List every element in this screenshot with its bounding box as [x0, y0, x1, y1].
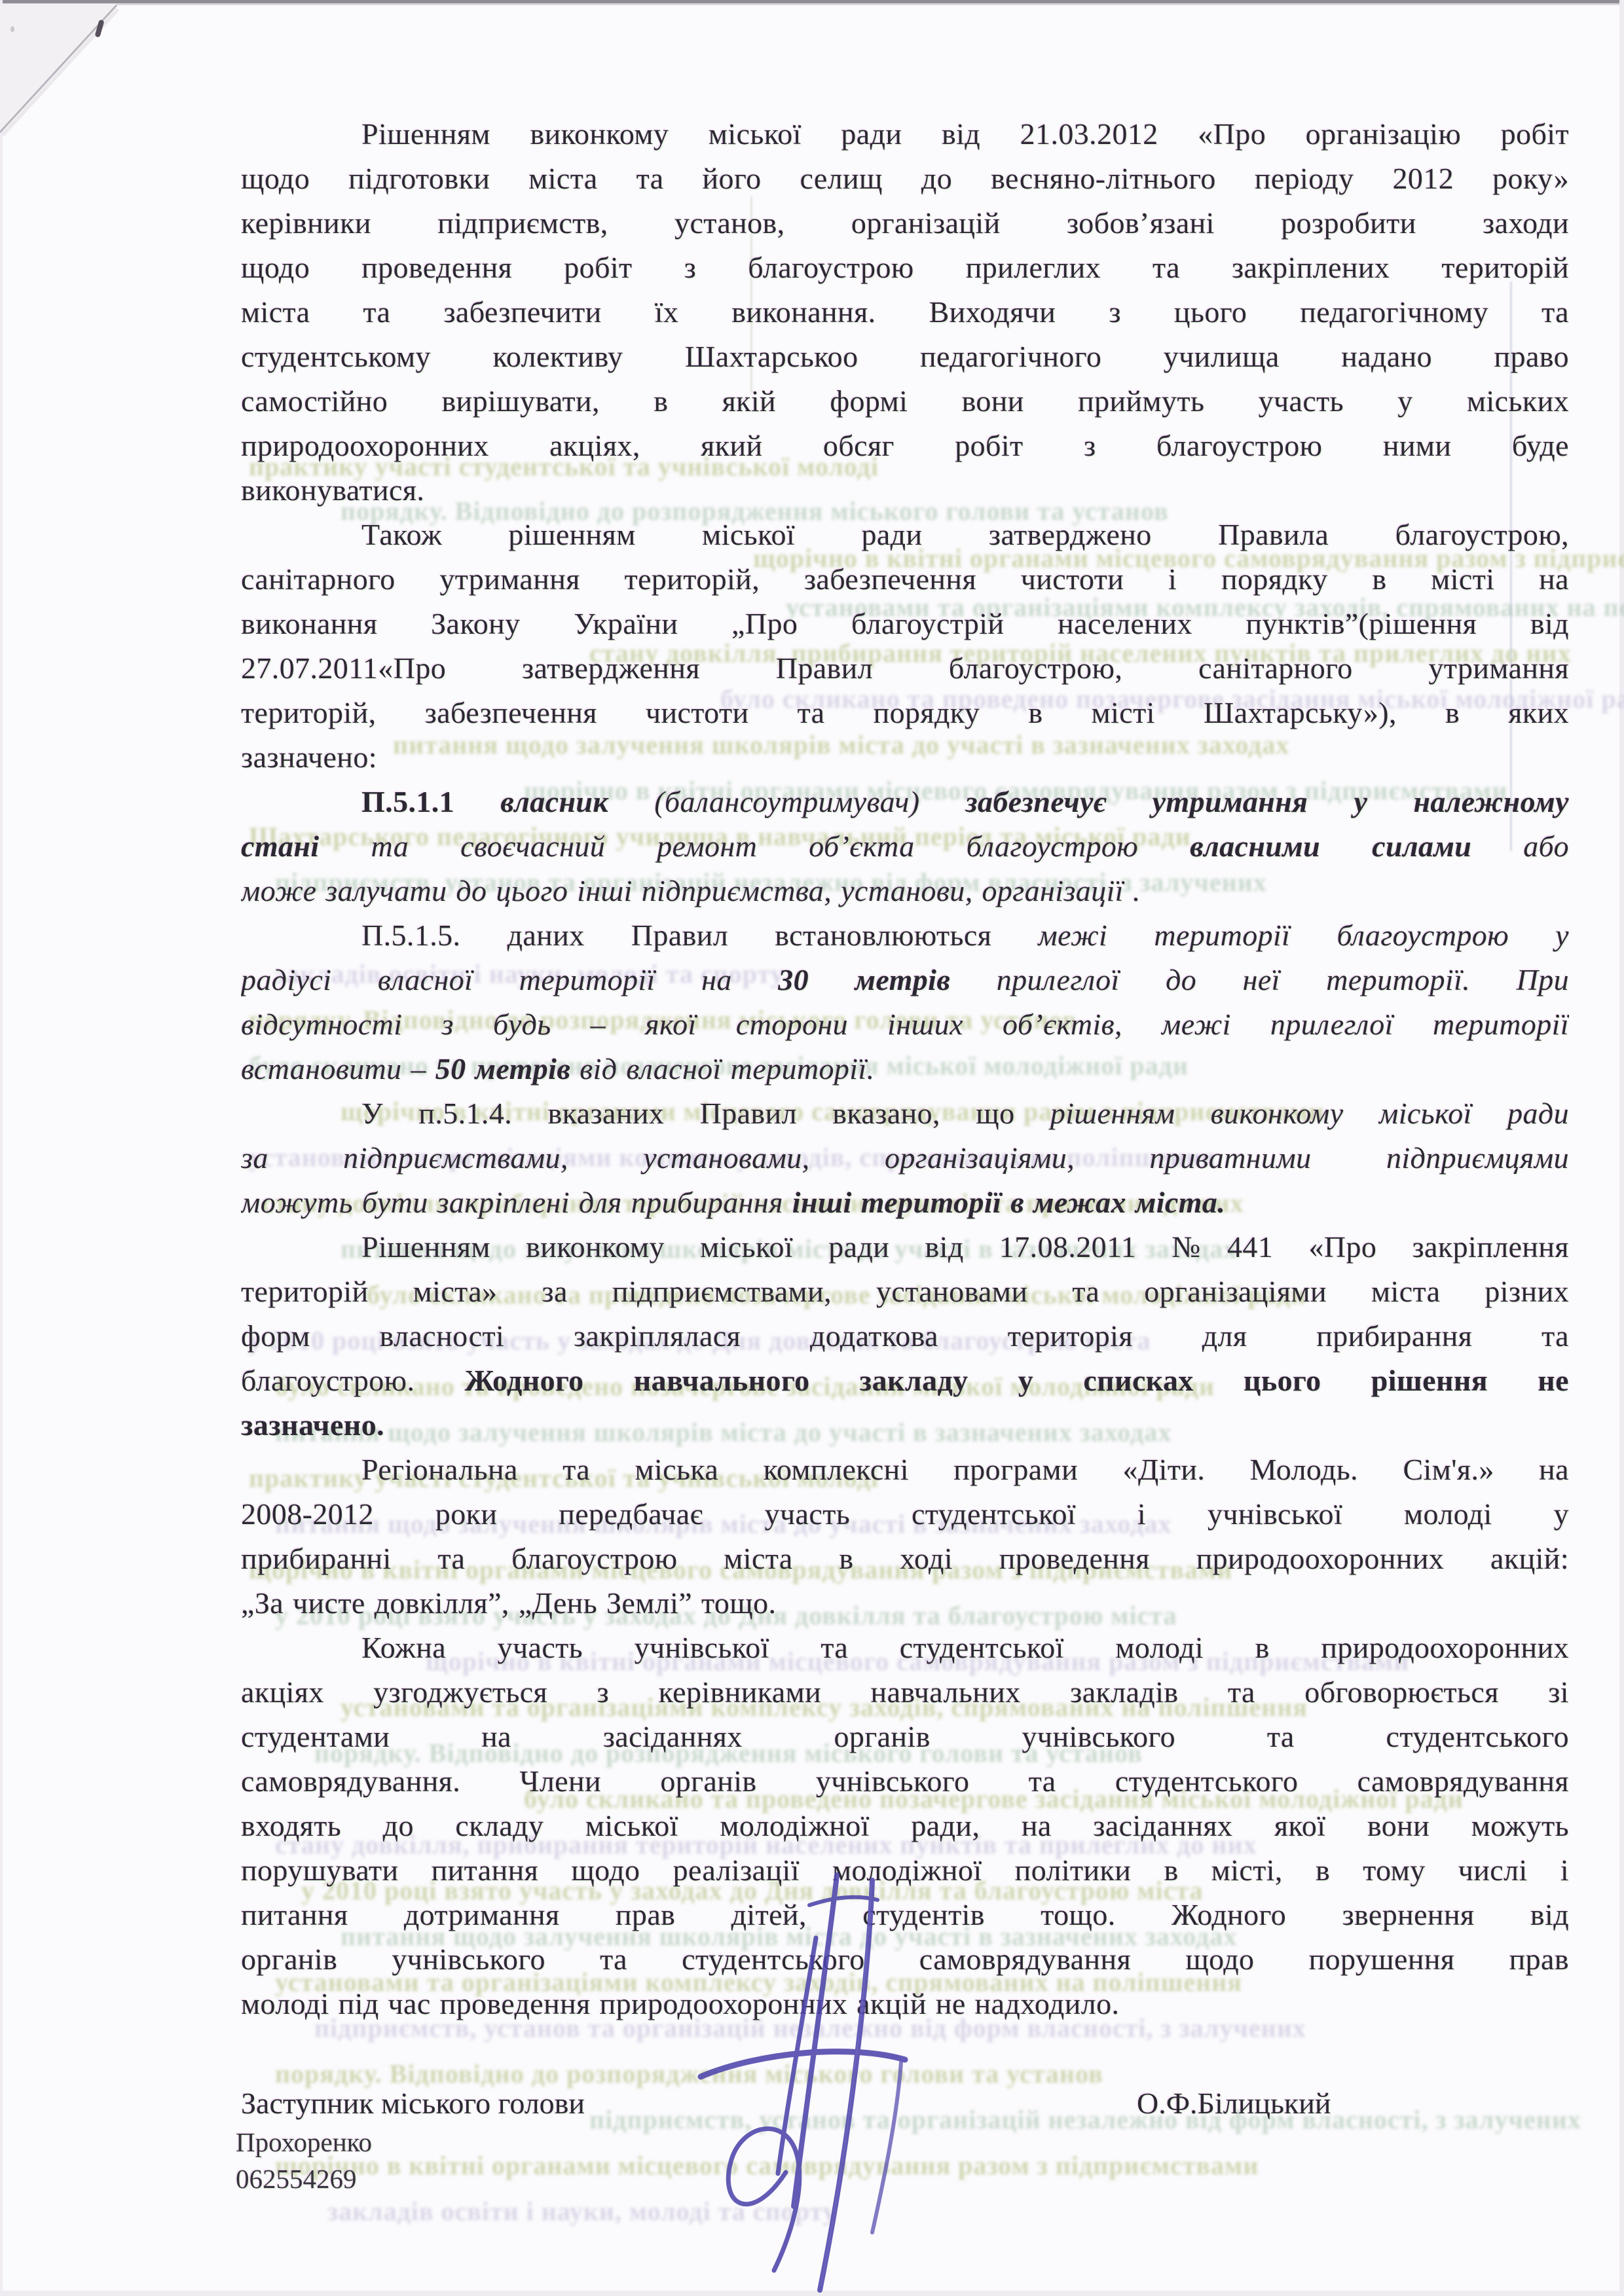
text-line: територій міста» за підприємствами, уста…	[241, 1270, 1569, 1315]
text-run: керівники підприємств, установ, організа…	[241, 206, 1569, 240]
text-line: виконання Закону України „Про благоустрі…	[241, 602, 1569, 647]
text-run: П.5.1.1	[361, 785, 500, 818]
text-line: зазначено.	[241, 1404, 1569, 1448]
text-run: природоохоронних акціях, який обсяг робі…	[241, 429, 1569, 462]
text-run: студентському колективу Шахтарськоо педа…	[241, 340, 1569, 373]
text-run: та своєчасний ремонт об’єкта благоустрою	[371, 829, 1190, 863]
text-run: благоустрою.	[241, 1364, 465, 1397]
text-line: „За чисте довкілля”, „День Землі” тощо.	[241, 1582, 1569, 1626]
text-line: санітарного утримання територій, забезпе…	[241, 558, 1569, 602]
text-run: Жодного навчального закладу у списках ць…	[465, 1364, 1569, 1397]
text-run: від власної території.	[580, 1052, 874, 1085]
text-line: відсутності з будь – якої сторони інших …	[241, 1003, 1569, 1048]
text-line: виконуватися.	[241, 469, 1569, 513]
text-line: форм власності закріплялася додаткова те…	[241, 1315, 1569, 1359]
text-run: (балансоутримувач)	[654, 785, 965, 818]
contact-phone: 062554269	[236, 2163, 357, 2195]
text-line: Кожна участь учнівської та студентської …	[241, 1626, 1569, 1671]
text-line: радіусі власної території на 30 метрів п…	[241, 958, 1569, 1003]
text-run: „За чисте довкілля”, „День Землі” тощо.	[241, 1586, 776, 1620]
text-run: забезпечує утримання у належному	[966, 785, 1569, 818]
text-run: рішенням виконкому міської ради	[1050, 1097, 1569, 1130]
text-run: Рішенням виконкому міської ради від 17.0…	[361, 1230, 1569, 1264]
text-line: може залучати до цього інші підприємства…	[241, 869, 1569, 914]
text-run: власник	[500, 785, 654, 818]
text-run: міста та забезпечити їх виконання. Виход…	[241, 295, 1569, 329]
text-line: Рішенням виконкому міської ради від 17.0…	[241, 1226, 1569, 1270]
text-line: П.5.1.1 власник (балансоутримувач) забез…	[241, 780, 1569, 825]
text-run: за підприємствами, установами, організац…	[241, 1141, 1569, 1175]
text-line: самоврядування. Члени органів учнівськог…	[241, 1760, 1569, 1804]
text-run: виконання Закону України „Про благоустрі…	[241, 607, 1569, 640]
text-run: зазначено.	[241, 1408, 384, 1442]
text-line: стані та своєчасний ремонт об’єкта благо…	[241, 825, 1569, 869]
text-run: 27.07.2011«Про затвердження Правил благо…	[241, 651, 1569, 685]
text-line: П.5.1.5. даних Правил встановлюються меж…	[241, 914, 1569, 958]
text-run: входять до складу міської молодіжної рад…	[241, 1809, 1569, 1842]
text-run: самоврядування. Члени органів учнівськог…	[241, 1764, 1569, 1798]
text-line: міста та забезпечити їх виконання. Виход…	[241, 291, 1569, 335]
text-line: природоохоронних акціях, який обсяг робі…	[241, 424, 1569, 469]
text-run: Регіональна та міська комплексні програм…	[361, 1453, 1569, 1486]
text-line: благоустрою. Жодного навчального закладу…	[241, 1359, 1569, 1404]
text-run: можуть бути закріплені для прибирання	[241, 1186, 792, 1219]
text-run: зазначено:	[241, 740, 377, 774]
text-line: У п.5.1.4. вказаних Правил вказано, що р…	[241, 1092, 1569, 1137]
text-run: Також рішенням міської ради затверджено …	[361, 518, 1569, 551]
text-run: встановити –	[241, 1052, 435, 1085]
text-line: прибиранні та благоустрою міста в ході п…	[241, 1537, 1569, 1582]
signoff-name: О.Ф.Білицький	[1137, 2086, 1331, 2121]
text-run: стані	[241, 829, 371, 863]
text-line: встановити – 50 метрів від власної терит…	[241, 1048, 1569, 1092]
text-line: студентами на засіданнях органів учнівсь…	[241, 1715, 1569, 1760]
text-run: щодо підготовки міста та його селищ до в…	[241, 162, 1569, 195]
text-run: санітарного утримання територій, забезпе…	[241, 562, 1569, 596]
text-run: 30 метрів	[778, 963, 997, 996]
signature-ink	[681, 1866, 995, 2295]
text-line: самостійно вирішувати, в якій формі вони…	[241, 380, 1569, 424]
text-line: щодо проведення робіт з благоустрою прил…	[241, 246, 1569, 291]
text-run: може залучати до цього інші підприємства…	[241, 874, 1141, 907]
text-line: Регіональна та міська комплексні програм…	[241, 1448, 1569, 1493]
text-run: виконуватися.	[241, 473, 424, 507]
text-run: П.5.1.5. даних Правил встановлюються	[361, 919, 1038, 952]
text-line: можуть бути закріплені для прибирання ін…	[241, 1181, 1569, 1226]
text-line: щодо підготовки міста та його селищ до в…	[241, 157, 1569, 202]
text-run: межі території благоустрою у	[1038, 919, 1569, 952]
text-line: студентському колективу Шахтарськоо педа…	[241, 335, 1569, 380]
text-run: Рішенням виконкому міської ради від 21.0…	[361, 117, 1569, 151]
text-line: Також рішенням міської ради затверджено …	[241, 513, 1569, 558]
text-run: самостійно вирішувати, в якій формі вони…	[241, 384, 1569, 418]
text-run: акціях узгоджується з керівниками навчал…	[241, 1675, 1569, 1709]
text-run: 50 метрів	[435, 1052, 580, 1085]
text-line: територій, забезпечення чистоти та поряд…	[241, 691, 1569, 736]
document-text: Рішенням виконкому міської ради від 21.0…	[241, 113, 1569, 2027]
text-line: за підприємствами, установами, організац…	[241, 1137, 1569, 1181]
text-run: радіусі власної території на	[241, 963, 778, 996]
text-run: власними силами	[1190, 829, 1523, 863]
contact-name: Прохоренко	[236, 2126, 372, 2158]
text-run: територій міста» за підприємствами, уста…	[241, 1275, 1569, 1308]
text-run: прилеглої до неї території. При	[997, 963, 1569, 996]
text-run: або	[1523, 829, 1569, 863]
text-run: територій, забезпечення чистоти та поряд…	[241, 696, 1569, 729]
text-run: Кожна участь учнівської та студентської …	[361, 1631, 1569, 1664]
signoff-title: Заступник міського голови	[241, 2086, 585, 2121]
text-line: 2008-2012 роки передбачає участь студент…	[241, 1493, 1569, 1537]
text-run: студентами на засіданнях органів учнівсь…	[241, 1720, 1569, 1753]
scanned-document-page: практику участі студентської та учнівськ…	[0, 0, 1624, 2296]
text-line: 27.07.2011«Про затвердження Правил благо…	[241, 647, 1569, 691]
text-line: керівники підприємств, установ, організа…	[241, 202, 1569, 246]
text-run: прибиранні та благоустрою міста в ході п…	[241, 1542, 1569, 1575]
text-run: форм власності закріплялася додаткова те…	[241, 1319, 1569, 1353]
text-run: У п.5.1.4. вказаних Правил вказано, що	[361, 1097, 1050, 1130]
text-line: зазначено:	[241, 736, 1569, 780]
text-run: відсутності з будь – якої сторони інших …	[241, 1008, 1569, 1041]
text-run: щодо проведення робіт з благоустрою прил…	[241, 251, 1569, 284]
text-line: Рішенням виконкому міської ради від 21.0…	[241, 113, 1569, 157]
text-run: 2008-2012 роки передбачає участь студент…	[241, 1497, 1569, 1531]
text-line: акціях узгоджується з керівниками навчал…	[241, 1671, 1569, 1715]
text-run: інші території в межах міста.	[792, 1186, 1225, 1219]
text-line: входять до складу міської молодіжної рад…	[241, 1804, 1569, 1849]
